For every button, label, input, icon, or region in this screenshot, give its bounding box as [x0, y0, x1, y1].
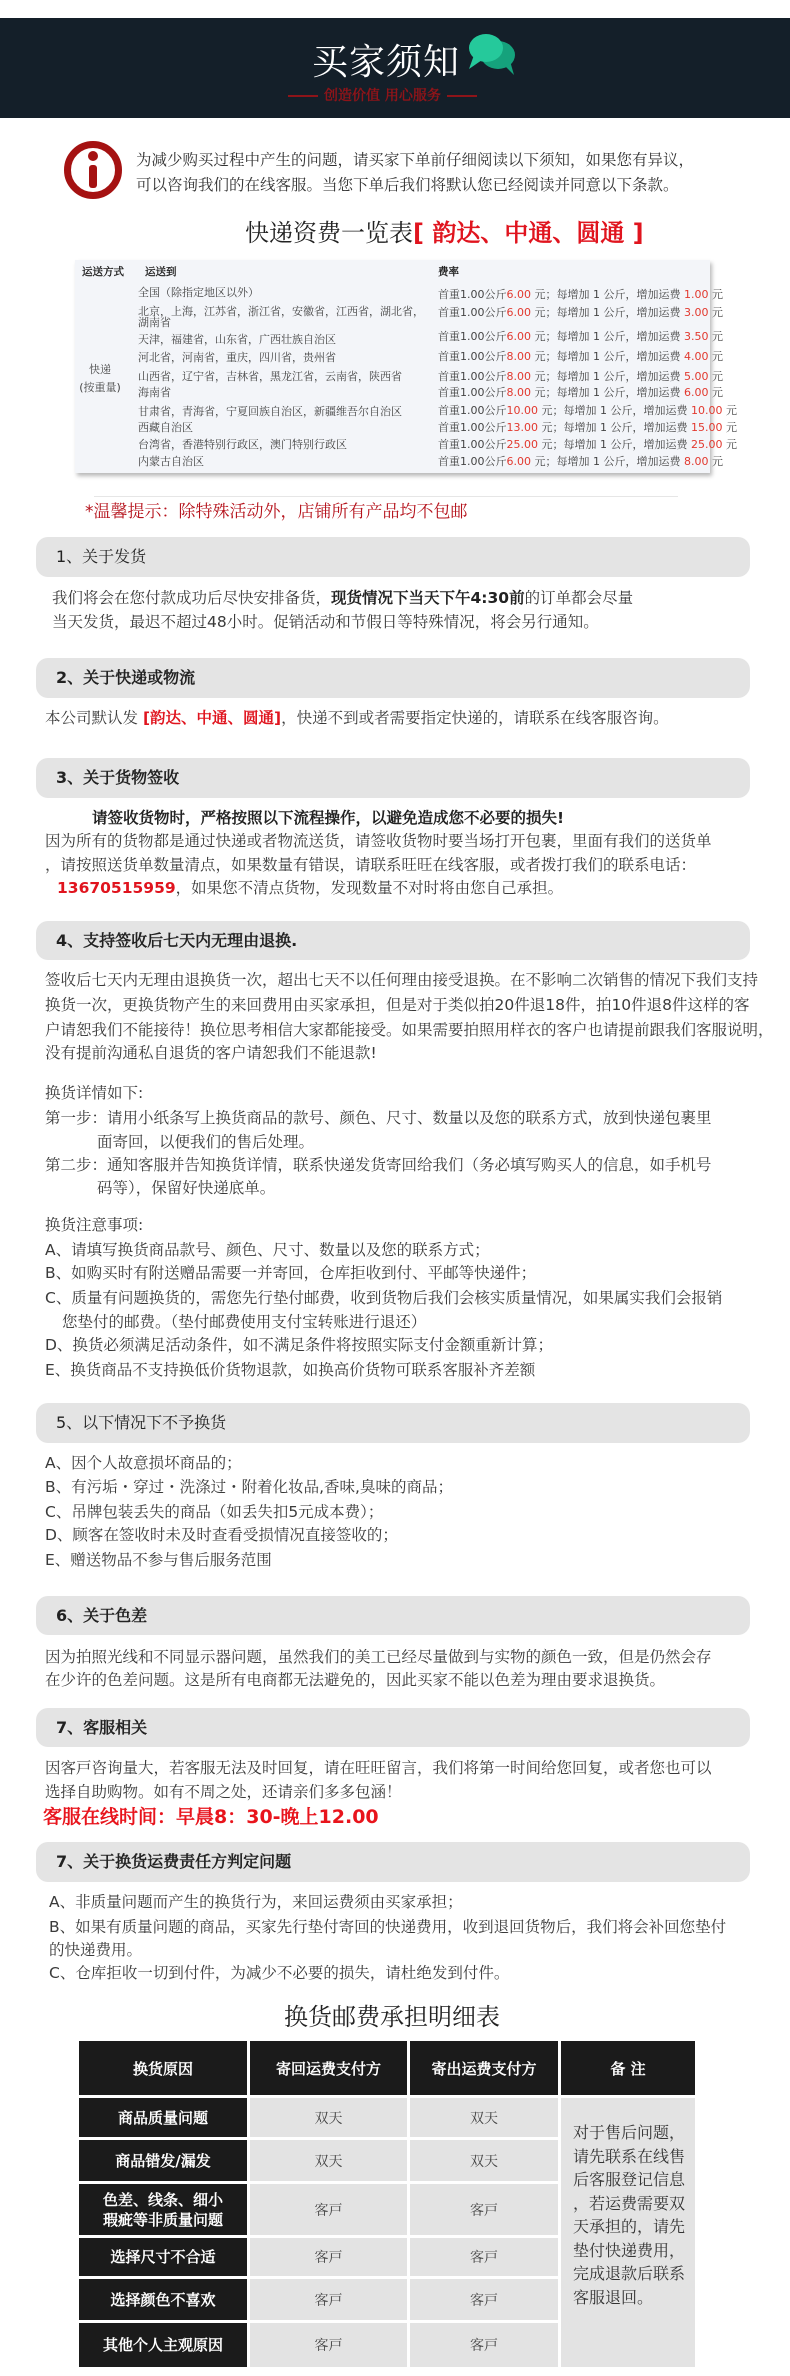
section-header: 7、客服相关: [36, 1708, 750, 1747]
cutoff-time-text: 现货情况下当天下午4:30前: [331, 589, 525, 607]
send-payer-cell: 客戸: [410, 2238, 558, 2276]
rate-cell: 首重1.00公斤10.00 元；每增加 1 公斤，增加运费 10.00 元: [438, 404, 737, 418]
list-item: C、吊牌包装丢失的商品（如丢失扣5元成本费）；: [45, 1500, 383, 1524]
section-title: 6、关于色差: [56, 1596, 147, 1635]
extra-weight-fee: 3.00: [684, 306, 709, 319]
extra-weight-fee: 1.00: [684, 288, 709, 301]
page-header: 买家须知 创造价值 用心服务: [0, 18, 790, 118]
rate-suffix: 元: [708, 288, 723, 301]
remark-line: 完成退款后联系: [573, 2262, 695, 2286]
text-segment: 本公司默认发: [45, 709, 143, 727]
section-text: 因为拍照光线和不同显示器问题，虽然我们的美工已经尽量做到与实物的颜色一致，但是仍…: [45, 1645, 712, 1669]
step-item: 第一步：请用小纸条写上换货商品的款号、颜色、尺寸、数量以及您的联系方式，放到快递…: [45, 1106, 712, 1130]
rate-suffix: 元: [708, 306, 723, 319]
section-header: 7、关于换货运费责任方判定问题: [36, 1842, 750, 1882]
first-weight-fee: 10.00: [507, 404, 539, 417]
reason-cell: 其他个人主观原因: [79, 2323, 247, 2367]
rate-mid: 元；每增加 1 公斤，增加运费: [531, 350, 684, 363]
section-title: 3、关于货物签收: [56, 758, 179, 798]
first-weight-fee: 6.00: [507, 455, 532, 468]
column-header-rate: 费率: [438, 265, 459, 279]
reason-text: 商品质量问题: [118, 2108, 208, 2128]
column-header-reason: 换货原因: [79, 2041, 247, 2095]
region-cell: 北京，上海，江苏省，浙江省，安徽省，江西省，湖北省，: [138, 305, 424, 319]
column-header-method: 运送方式: [82, 265, 124, 279]
rate-mid: 元；每增加 1 公斤，增加运费: [538, 438, 691, 451]
rate-suffix: 元: [708, 386, 723, 399]
extra-weight-fee: 3.50: [684, 330, 709, 343]
rate-cell: 首重1.00公斤8.00 元；每增加 1 公斤，增加运费 6.00 元: [438, 386, 723, 400]
rate-cell: 首重1.00公斤6.00 元；每增加 1 公斤，增加运费 3.00 元: [438, 306, 723, 320]
return-payer-cell: 客戸: [250, 2184, 407, 2235]
subtitle-text: 创造价值 用心服务: [324, 88, 441, 104]
rate-prefix: 首重1.00公斤: [438, 330, 507, 343]
list-item: B、有污垢・穿过・洗涤过・附着化妆品,香味,臭味的商品；: [45, 1475, 453, 1499]
note-item: A、请填写换货商品款号、颜色、尺寸、数量以及您的联系方式；: [45, 1238, 490, 1262]
region-cell: 台湾省，香港特别行政区，澳门特别行政区: [138, 438, 347, 452]
rate-prefix: 首重1.00公斤: [438, 350, 507, 363]
section-title: 5、以下情况下不予换货: [56, 1403, 226, 1443]
column-header-destination: 运送到: [145, 265, 177, 279]
rate-mid: 元；每增加 1 公斤，增加运费: [531, 370, 684, 383]
info-icon-dot: [88, 151, 98, 161]
shipping-method: 快递: [75, 363, 125, 377]
shipping-table-title: 快递资费一览表[ 韵达、中通、圆通 ]: [245, 218, 644, 248]
section-text: 因客戸咨询量大，若客服无法及时回复，请在旺旺留言，我们将第一时间给您回复，或者您…: [45, 1756, 712, 1780]
notice-line: 为减少购买过程中产生的问题，请买家下单前仔细阅读以下须知，如果您有异议，: [136, 149, 694, 171]
rate-suffix: 元: [722, 438, 737, 451]
rate-prefix: 首重1.00公斤: [438, 404, 507, 417]
note-item-continued: 您垫付的邮费。（垫付邮费使用支付宝转账进行退还）: [62, 1310, 426, 1334]
info-icon: [64, 141, 122, 199]
subtitle-rule-left: [288, 95, 318, 97]
rate-cell: 首重1.00公斤8.00 元；每增加 1 公斤，增加运费 4.00 元: [438, 350, 723, 364]
notice-line: 可以咨询我们的在线客服。当您下单后我们将默认您已经阅读并同意以下条款。: [136, 174, 679, 196]
rate-mid: 元；每增加 1 公斤，增加运费: [531, 330, 684, 343]
note-item: D、换货必须满足活动条件，如不满足条件将按照实际支付金额重新计算；: [45, 1333, 553, 1357]
shipping-rate-table: 运送方式 运送到 费率 快递 (按重量) 全国（除指定地区以外） 北京，上海，江…: [75, 260, 710, 473]
phone-number: 13670515959: [57, 879, 176, 897]
section-text: 因为所有的货物都是通过快递或者物流送货，请签收货物时要当场打开包裹，里面有我们的…: [45, 829, 712, 853]
list-item: C、仓库拒收一切到付件，为减少不必要的损失，请杜绝发到付件。: [49, 1961, 509, 1985]
extra-weight-fee: 8.00: [684, 455, 709, 468]
shipping-hint: *温馨提示：除特殊活动外，店铺所有产品均不包邮: [85, 501, 468, 523]
region-cell: 西藏自治区: [138, 421, 193, 435]
section-text: ，请按照送货单数量清点，如果数量有错误，请联系旺旺在线客服，或者拨打我们的联系电…: [45, 853, 696, 877]
speech-bubble-icon: [466, 33, 518, 77]
section-header: 5、以下情况下不予换货: [36, 1403, 750, 1443]
first-weight-fee: 8.00: [507, 386, 532, 399]
remark-line: 后客服登记信息: [573, 2168, 695, 2192]
extra-weight-fee: 6.00: [684, 386, 709, 399]
column-header-send-payer: 寄出运费支付方: [410, 2041, 558, 2095]
rate-prefix: 首重1.00公斤: [438, 386, 507, 399]
reason-text: 瑕疵等非质量问题: [103, 2210, 223, 2230]
rate-suffix: 元: [708, 350, 723, 363]
section-title: 1、关于发货: [56, 537, 146, 577]
section-header: 1、关于发货: [36, 537, 750, 577]
rate-cell: 首重1.00公斤8.00 元；每增加 1 公斤，增加运费 5.00 元: [438, 370, 723, 384]
section-text: 选择自助购物。如有不周之处，还请亲们多多包涵！: [45, 1780, 402, 1804]
page-subtitle: 创造价值 用心服务: [288, 88, 477, 104]
region-cell: 天津，福建省，山东省，广西壮族自治区: [138, 333, 336, 347]
return-payer-cell: 客戸: [250, 2279, 407, 2320]
rate-suffix: 元: [708, 330, 723, 343]
shipping-method-note: (按重量): [75, 381, 125, 395]
note-item: B、如购买时有附送赠品需要一并寄回，仓库拒收到付、平邮等快递件；: [45, 1261, 536, 1285]
list-item-continued: 的快递费用。: [49, 1938, 142, 1962]
rate-prefix: 首重1.00公斤: [438, 438, 507, 451]
region-cell: 甘肃省，青海省，宁夏回族自治区，新疆维吾尔自治区: [138, 405, 402, 419]
rate-prefix: 首重1.00公斤: [438, 455, 507, 468]
rate-mid: 元；每增加 1 公斤，增加运费: [531, 455, 684, 468]
send-payer-cell: 客戸: [410, 2184, 558, 2235]
rate-prefix: 首重1.00公斤: [438, 421, 507, 434]
notes-heading: 换货注意事项:: [45, 1213, 143, 1237]
divider: [94, 496, 678, 497]
carriers-highlight: [韵达、中通、圆通]: [143, 709, 281, 727]
section-header: 6、关于色差: [36, 1596, 750, 1635]
reason-cell: 商品质量问题: [79, 2098, 247, 2137]
section-text: 没有提前沟通私自退货的客户请恕我们不能退款!: [45, 1041, 377, 1065]
responsibility-table-title: 换货邮费承担明细表: [0, 2002, 784, 2032]
reason-text: 选择颜色不喜欢: [110, 2290, 215, 2310]
section-header: 4、支持签收后七天内无理由退换.: [36, 921, 750, 960]
send-payer-cell: 双天: [410, 2140, 558, 2181]
remark-line: 客服退回。: [573, 2286, 695, 2310]
rate-cell: 首重1.00公斤6.00 元；每增加 1 公斤，增加运费 3.50 元: [438, 330, 723, 344]
rate-mid: 元；每增加 1 公斤，增加运费: [531, 306, 684, 319]
section-text: 在少许的色差问题。这是所有电商都无法避免的，因此买家不能以色差为理由要求退换货。: [45, 1668, 665, 1692]
step-item: 第二步：通知客服并告知换货详情，联系快递发货寄回给我们（务必填写购买人的信息，如…: [45, 1153, 712, 1177]
extra-weight-fee: 10.00: [691, 404, 723, 417]
info-icon-bar: [89, 165, 97, 188]
rate-cell: 首重1.00公斤13.00 元；每增加 1 公斤，增加运费 15.00 元: [438, 421, 737, 435]
first-weight-fee: 8.00: [507, 350, 532, 363]
list-item: B、如果有质量问题的商品，买家先行垫付寄回的快递费用，收到退回货物后，我们将会补…: [49, 1915, 726, 1939]
page-title: 买家须知: [312, 43, 460, 83]
section-text: 户请恕我们不能接待！换位思考相信大家都能接受。如果需要拍照用样衣的客户也请提前跟…: [45, 1018, 774, 1042]
extra-weight-fee: 5.00: [684, 370, 709, 383]
first-weight-fee: 6.00: [507, 306, 532, 319]
shipping-carriers: [ 韵达、中通、圆通 ]: [413, 219, 644, 247]
region-cell: 湖南省: [138, 316, 171, 330]
return-payer-cell: 双天: [250, 2098, 407, 2137]
first-weight-fee: 25.00: [507, 438, 539, 451]
rate-cell: 首重1.00公斤25.00 元；每增加 1 公斤，增加运费 25.00 元: [438, 438, 737, 452]
text-segment: 我们将会在您付款成功后尽快安排备货，: [52, 589, 331, 607]
region-cell: 山西省，辽宁省，吉林省，黑龙江省，云南省，陕西省: [138, 370, 402, 384]
section-title: 7、关于换货运费责任方判定问题: [56, 1842, 291, 1882]
remark-line: 天承担的，请先: [573, 2215, 695, 2239]
reason-text: 商品错发/漏发: [115, 2151, 210, 2171]
first-weight-fee: 6.00: [507, 288, 532, 301]
reason-text: 选择尺寸不合适: [110, 2247, 215, 2267]
section-text: 13670515959，如果您不清点货物，发现数量不对时将由您自己承担。: [57, 876, 563, 900]
step-item-continued: 码等），保留好快递底单。: [97, 1176, 275, 1200]
rate-cell: 首重1.00公斤6.00 元；每增加 1 公斤，增加运费 1.00 元: [438, 288, 723, 302]
rate-prefix: 首重1.00公斤: [438, 370, 507, 383]
rate-mid: 元；每增加 1 公斤，增加运费: [531, 386, 684, 399]
extra-weight-fee: 15.00: [691, 421, 723, 434]
remark-line: 请先联系在线售: [573, 2145, 695, 2169]
text-segment: ，如果您不清点货物，发现数量不对时将由您自己承担。: [176, 879, 564, 897]
region-cell: 河北省，河南省，重庆，四川省，贵州省: [138, 351, 336, 365]
section-title: 4、支持签收后七天内无理由退换.: [56, 921, 297, 960]
list-item: D、顾客在签收时未及时查看受损情况直接签收的；: [45, 1523, 398, 1547]
service-hours: 客服在线时间：早晨8：30-晚上12.00: [43, 1804, 379, 1830]
remark-line: 垫付快递费用，: [573, 2239, 695, 2263]
send-payer-cell: 客戸: [410, 2279, 558, 2320]
send-payer-cell: 双天: [410, 2098, 558, 2137]
list-item: A、因个人故意损坏商品的；: [45, 1451, 242, 1475]
text-segment: 的订单都会尽量: [525, 589, 634, 607]
section-text: 换货一次，更换货物产生的来回费用由买家承担，但是对于类似拍20件退18件，拍10…: [45, 993, 750, 1017]
region-cell: 全国（除指定地区以外）: [138, 286, 259, 300]
step-item-continued: 面寄回，以便我们的售后处理。: [97, 1130, 314, 1154]
shipping-title-text: 快递资费一览表: [245, 219, 413, 247]
reason-text: 其他个人主观原因: [103, 2335, 223, 2355]
section-text: 签收后七天内无理由退换货一次，超出七天不以任何理由接受退换。在不影响二次销售的情…: [45, 968, 758, 992]
section-text: 本公司默认发 [韵达、中通、圆通]，快递不到或者需要指定快递的，请联系在线客服咨…: [45, 706, 669, 730]
text-segment: ，快递不到或者需要指定快递的，请联系在线客服咨询。: [281, 709, 669, 727]
remark-line: ，若运费需要双: [573, 2192, 695, 2216]
section-text: 我们将会在您付款成功后尽快安排备货，现货情况下当天下午4:30前的订单都会尽量: [52, 586, 633, 610]
rate-mid: 元；每增加 1 公斤，增加运费: [531, 288, 684, 301]
section-header: 3、关于货物签收: [36, 758, 750, 798]
subtitle-rule-right: [447, 95, 477, 97]
first-weight-fee: 8.00: [507, 370, 532, 383]
return-payer-cell: 客戸: [250, 2238, 407, 2276]
note-item: C、质量有问题换货的，需您先行垫付邮费，收到货物后我们会核实质量情况，如果属实我…: [45, 1286, 722, 1310]
rate-mid: 元；每增加 1 公斤，增加运费: [538, 421, 691, 434]
rate-suffix: 元: [708, 455, 723, 468]
reason-cell: 商品错发/漏发: [79, 2140, 247, 2181]
reason-cell: 色差、线条、细小瑕疵等非质量问题: [79, 2184, 247, 2235]
region-cell: 海南省: [138, 386, 171, 400]
rate-suffix: 元: [722, 421, 737, 434]
section-text: 当天发货，最迟不超过48小时。促销活动和节假日等特殊情况，将会另行通知。: [52, 610, 599, 634]
send-payer-cell: 客戸: [410, 2323, 558, 2367]
extra-weight-fee: 25.00: [691, 438, 723, 451]
section-title: 2、关于快递或物流: [56, 658, 195, 698]
rate-suffix: 元: [722, 404, 737, 417]
section-title: 7、客服相关: [56, 1708, 147, 1747]
column-header-return-payer: 寄回运费支付方: [250, 2041, 407, 2095]
rate-mid: 元；每增加 1 公斤，增加运费: [538, 404, 691, 417]
rate-suffix: 元: [708, 370, 723, 383]
reason-text: 色差、线条、细小: [103, 2190, 223, 2210]
reason-cell: 选择尺寸不合适: [79, 2238, 247, 2276]
remark-line: 对于售后问题，: [573, 2121, 695, 2145]
section-lead: 请签收货物时，严格按照以下流程操作，以避免造成您不必要的损失!: [92, 806, 564, 830]
rate-prefix: 首重1.00公斤: [438, 288, 507, 301]
column-header-remarks: 备 注: [561, 2041, 695, 2095]
remarks-cell: 对于售后问题， 请先联系在线售 后客服登记信息 ，若运费需要双 天承担的，请先 …: [561, 2098, 695, 2367]
first-weight-fee: 6.00: [507, 330, 532, 343]
extra-weight-fee: 4.00: [684, 350, 709, 363]
section-header: 2、关于快递或物流: [36, 658, 750, 698]
first-weight-fee: 13.00: [507, 421, 539, 434]
list-item: A、非质量问题而产生的换货行为，来回运费须由买家承担；: [49, 1890, 463, 1914]
list-item: E、赠送物品不参与售后服务范围: [45, 1548, 272, 1572]
note-item: E、换货商品不支持换低价货物退款，如换高价货物可联系客服补齐差额: [45, 1358, 535, 1382]
rate-cell: 首重1.00公斤6.00 元；每增加 1 公斤，增加运费 8.00 元: [438, 455, 723, 469]
return-payer-cell: 客戸: [250, 2323, 407, 2367]
region-cell: 内蒙古自治区: [138, 455, 204, 469]
responsibility-table: 换货原因 寄回运费支付方 寄出运费支付方 备 注 商品质量问题 双天 双天 商品…: [79, 2041, 695, 2367]
return-payer-cell: 双天: [250, 2140, 407, 2181]
reason-cell: 选择颜色不喜欢: [79, 2279, 247, 2320]
steps-heading: 换货详情如下:: [45, 1081, 143, 1105]
rate-prefix: 首重1.00公斤: [438, 306, 507, 319]
